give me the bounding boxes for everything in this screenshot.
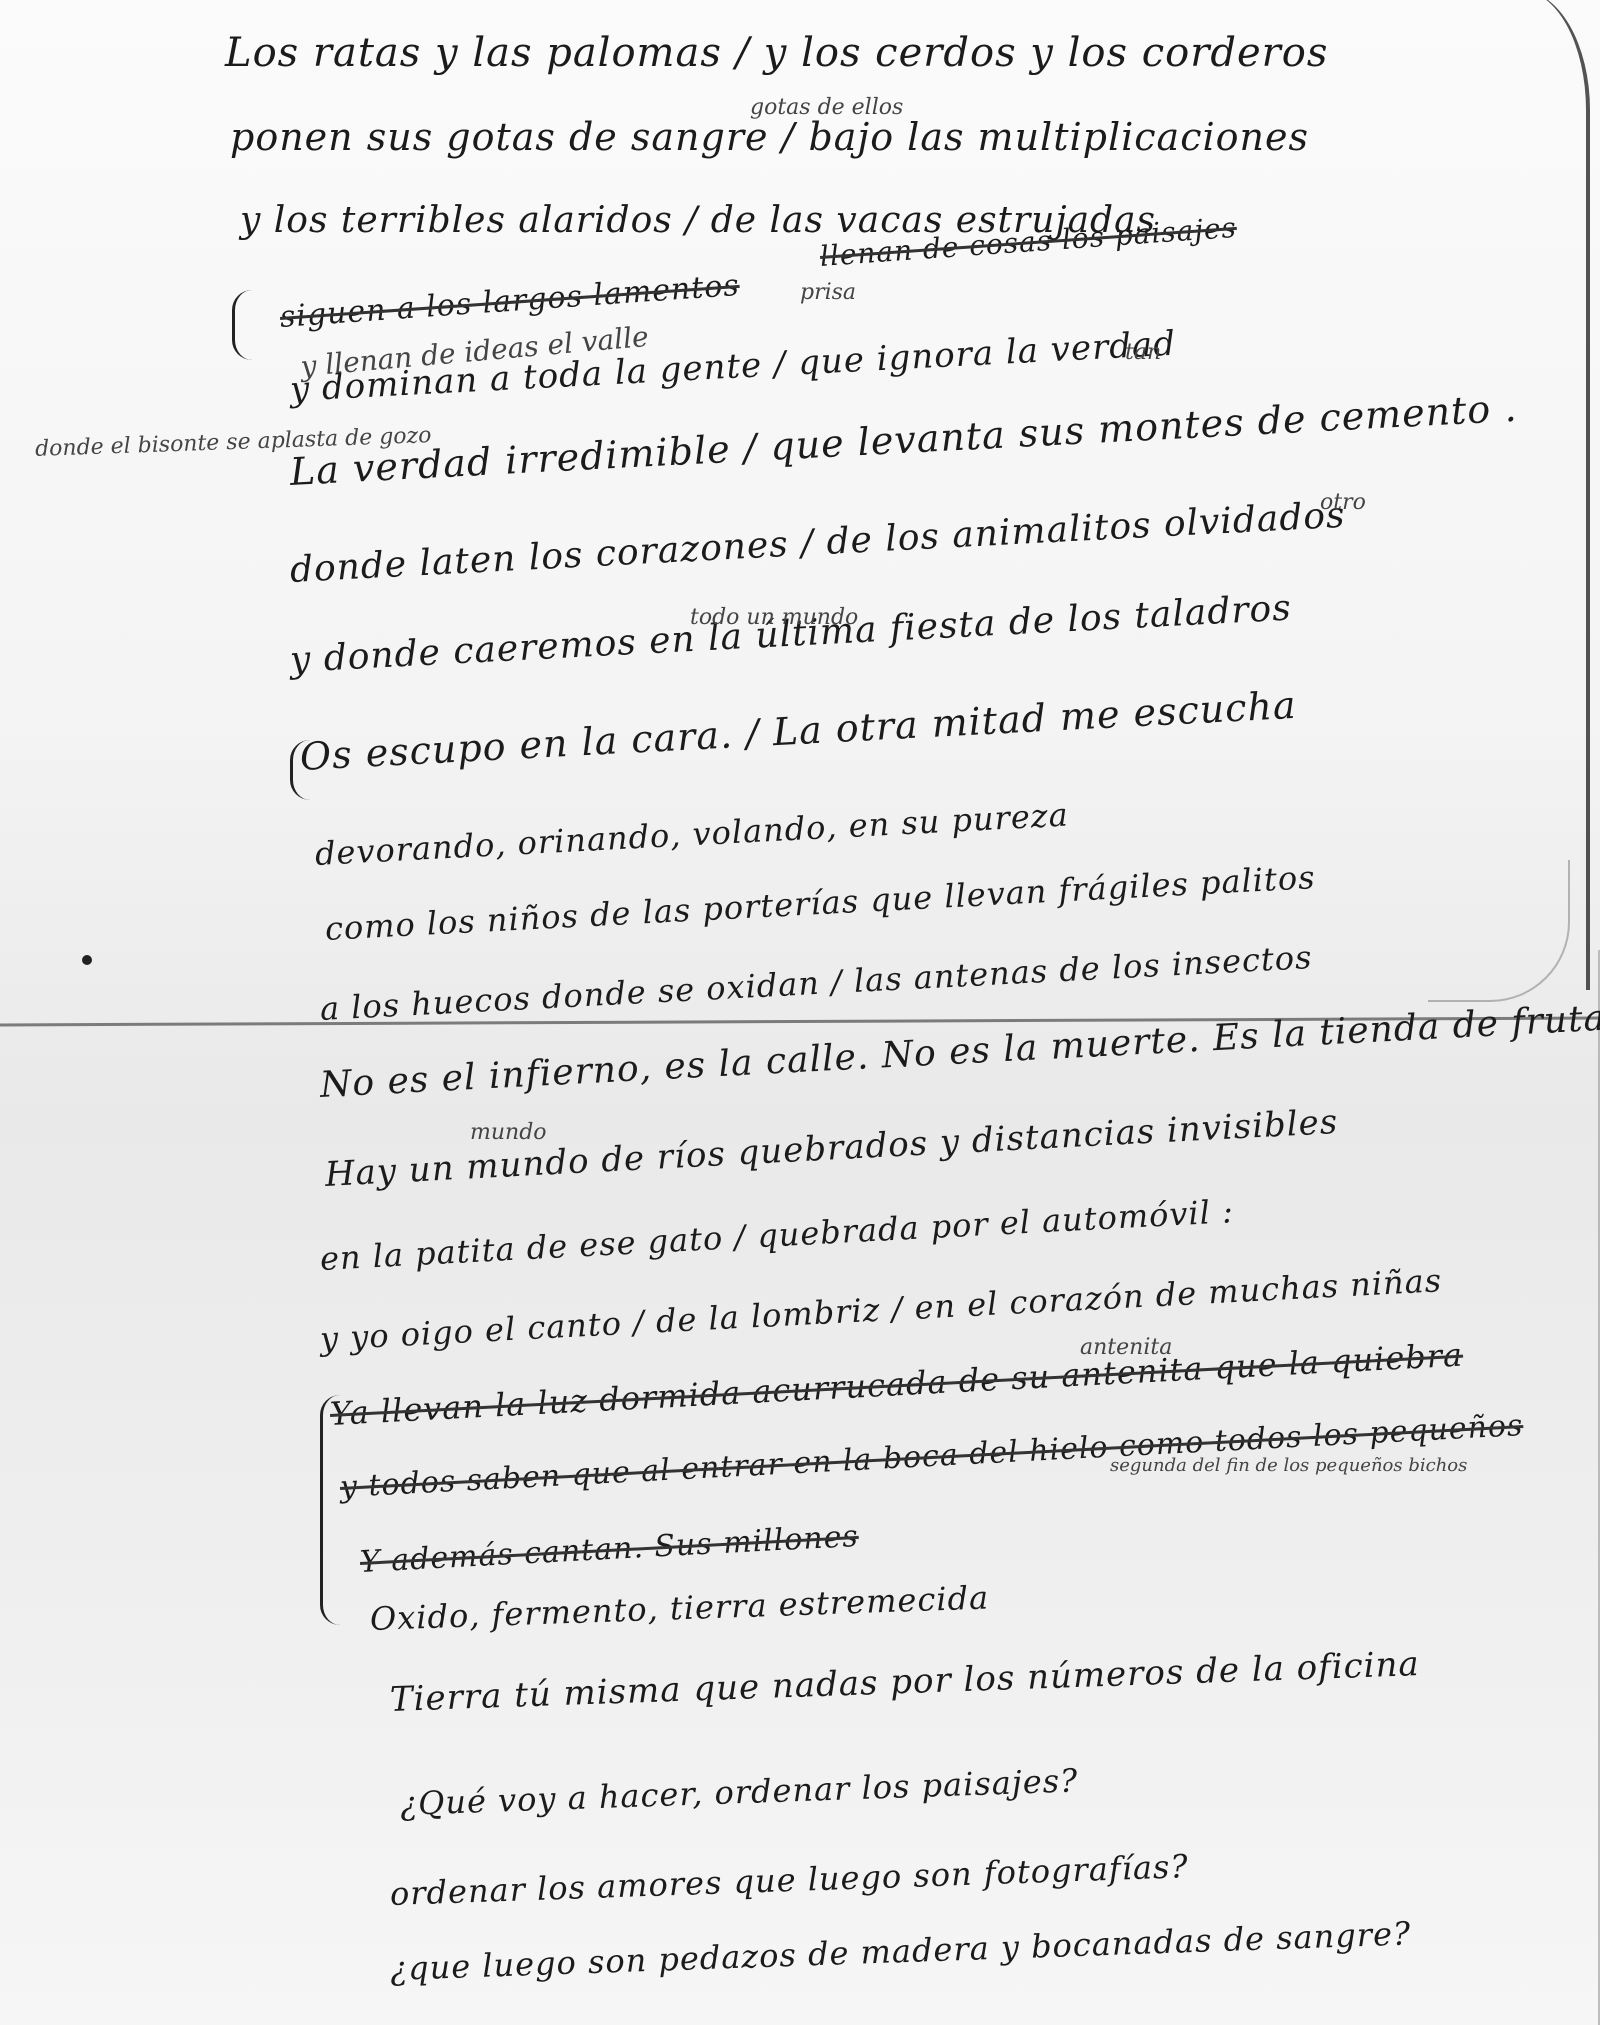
interlinear-insertion: antenita [1080,1335,1172,1360]
manuscript-line: ¿Qué voy a hacer, ordenar los paisajes? [399,1761,1079,1823]
manuscript-line: como los niños de las porterías que llev… [324,858,1316,948]
page-edge-lower [1558,950,1600,2025]
interlinear-insertion: mundo [470,1120,547,1145]
interlinear-insertion: gotas de ellos [750,95,903,120]
manuscript-line: ¿que luego son pedazos de madera y bocan… [389,1914,1411,1988]
page-edge [1506,0,1590,990]
manuscript-page: Los ratas y las palomas / y los cerdos y… [0,0,1600,2025]
manuscript-line: en la patita de ese gato / quebrada por … [319,1192,1235,1278]
manuscript-line: La verdad irredimible / que levanta sus … [289,386,1519,494]
manuscript-line: Hay un mundo de ríos quebrados y distanc… [324,1102,1339,1195]
manuscript-line: Tierra tú misma que nadas por los número… [389,1644,1420,1720]
manuscript-line: a los huecos donde se oxidan / las anten… [319,938,1313,1028]
manuscript-line-struck: Y además cantan. Sus millones [359,1519,860,1580]
manuscript-line: Los ratas y las palomas / y los cerdos y… [225,30,1328,76]
manuscript-line-struck: Ya llevan la luz dormida acurrucada de s… [329,1336,1464,1433]
manuscript-line: Oxido, fermento, tierra estremecida [369,1578,989,1638]
interlinear-insertion: prisa [800,280,856,305]
ink-dot [82,955,92,965]
interlinear-insertion: segunda del fin de los pequeños bichos [1110,1455,1467,1476]
manuscript-line: donde laten los corazones / de los anima… [289,495,1346,591]
manuscript-line-struck: siguen a los largos lamentos [279,268,741,335]
manuscript-line: y donde caeremos en la última fiesta de … [289,588,1293,681]
manuscript-line: ordenar los amores que luego son fotogra… [389,1847,1189,1913]
manuscript-line: Os escupo en la cara. / La otra mitad me… [299,683,1298,779]
manuscript-line: ponen sus gotas de sangre / bajo las mul… [230,115,1309,159]
margin-bracket [232,290,255,360]
manuscript-line: devorando, orinando, volando, en su pure… [314,796,1070,873]
interlinear-insertion: otro [1320,490,1366,515]
interlinear-insertion: todo un mundo [690,605,858,630]
interlinear-insertion: tan [1125,340,1161,365]
manuscript-line: y yo oigo el canto / de la lombriz / en … [319,1261,1443,1358]
